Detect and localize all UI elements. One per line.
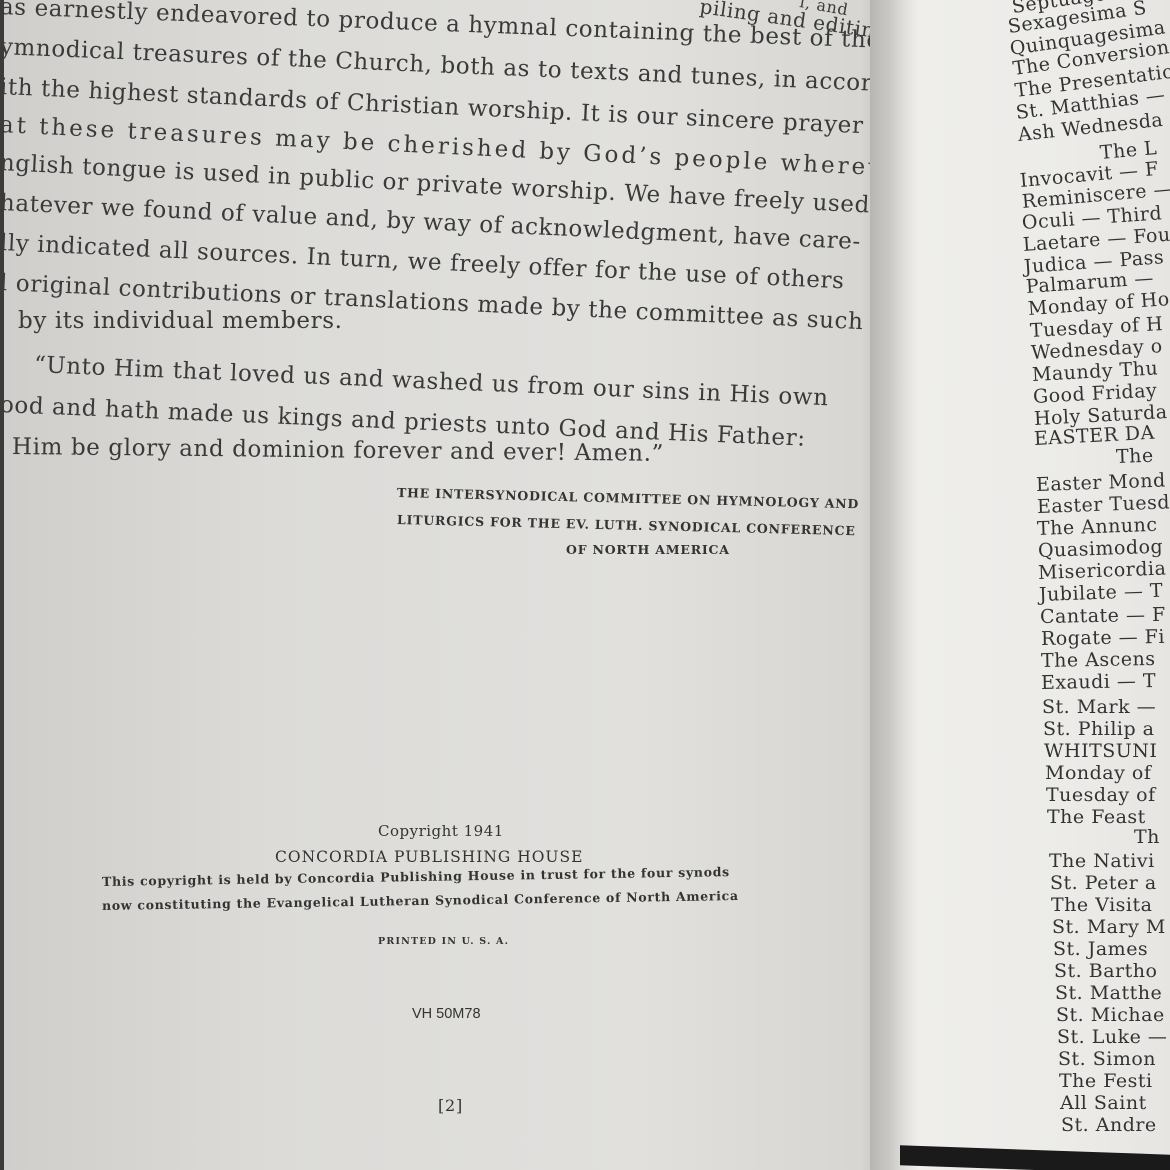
calendar-item: Rogate — Fi: [1041, 626, 1165, 650]
calendar-item: St. Mark —: [1042, 696, 1156, 718]
signature-line-3: OF NORTH AMERICA: [566, 542, 730, 557]
calendar-item: The Nativi: [1049, 850, 1155, 872]
calendar-item: The Visita: [1051, 894, 1152, 916]
calendar-item: St. Andre: [1061, 1114, 1157, 1136]
calendar-item: St. Philip a: [1043, 718, 1155, 740]
calendar-item: St. Peter a: [1050, 872, 1157, 894]
signature-line-1: THE INTERSYNODICAL COMMITTEE ON HYMNOLOG…: [397, 485, 860, 511]
signature-line-2: LITURGICS FOR THE EV. LUTH. SYNODICAL CO…: [397, 512, 856, 538]
calendar-item: The Ascens: [1041, 648, 1156, 672]
publisher-name: CONCORDIA PUBLISHING HOUSE: [275, 848, 583, 866]
calendar-item: St. Luke —: [1057, 1026, 1167, 1048]
copyright-notice-line-1: This copyright is held by Concordia Publ…: [102, 864, 730, 889]
calendar-item: Jubilate — T: [1039, 580, 1164, 606]
calendar-item: Cantate — F: [1040, 604, 1166, 628]
calendar-item: St. Matthe: [1055, 982, 1162, 1004]
calendar-item: St. Mary M: [1052, 916, 1166, 938]
calendar-item: Tuesday of: [1046, 784, 1156, 806]
calendar-item: Th: [1134, 826, 1160, 848]
calendar-item: The Festi: [1059, 1070, 1153, 1092]
calendar-item: St. Michae: [1056, 1004, 1165, 1026]
calendar-item: St. Bartho: [1054, 960, 1157, 982]
print-code: VH 50M78: [412, 1006, 481, 1022]
page-number: [2]: [438, 1096, 463, 1115]
copyright-year: Copyright 1941: [378, 822, 504, 840]
left-page: piling and editing l, and as earnestly e…: [0, 0, 905, 1170]
calendar-item: St. Simon: [1058, 1048, 1156, 1070]
calendar-item: Monday of: [1045, 762, 1151, 784]
copyright-notice-line-2: now constituting the Evangelical Luthera…: [102, 888, 739, 913]
quote-line-3: Him be glory and dominion forever and ev…: [12, 434, 664, 467]
calendar-item: St. James: [1053, 938, 1148, 960]
calendar-item: WHITSUNI: [1044, 740, 1157, 762]
book-gutter: [870, 0, 918, 1170]
printed-in: PRINTED IN U. S. A.: [378, 936, 509, 947]
calendar-item: Exaudi — T: [1041, 670, 1157, 694]
right-page: Septuagesima SSexagesima SQuinquagesimaT…: [918, 0, 1170, 1170]
calendar-item: All Saint: [1060, 1092, 1147, 1114]
calendar-item: The Feast: [1047, 806, 1146, 828]
paragraph-line-9: by its individual members.: [18, 308, 343, 334]
calendar-item: The: [1116, 445, 1154, 468]
